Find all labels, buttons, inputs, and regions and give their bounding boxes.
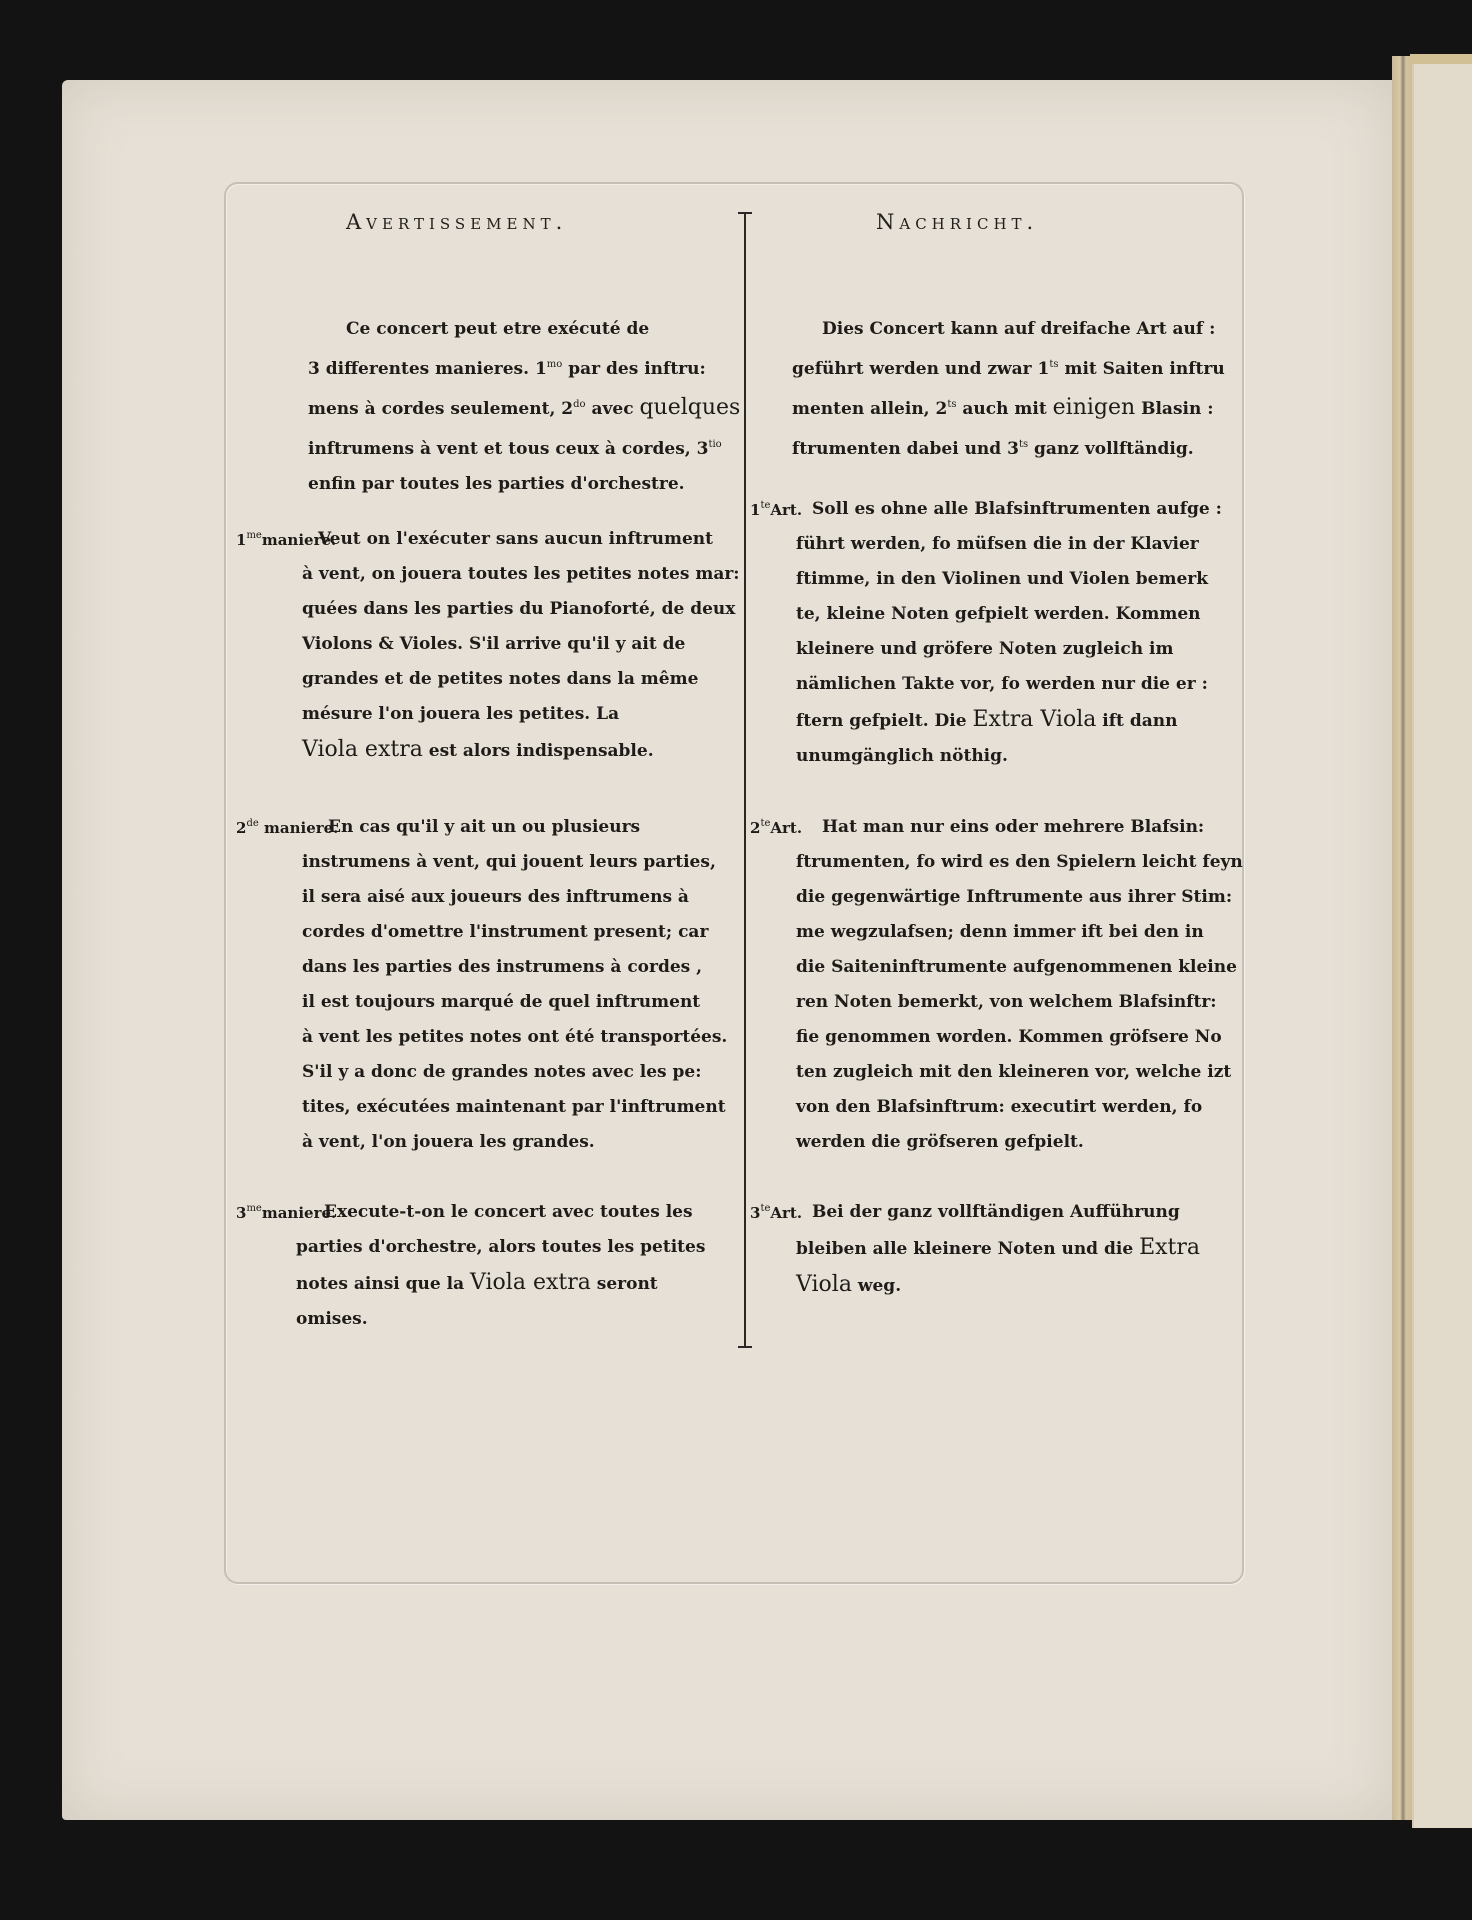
german-section-1: 1teArt. Soll es ohne alle Blafsinftrumen… — [750, 492, 1222, 774]
cover-top-edge — [1410, 54, 1472, 64]
section-marker: 2teArt. — [750, 818, 802, 837]
book-spine — [1392, 56, 1412, 1820]
german-section-2: 2teArt. Hat man nur eins oder mehrere Bl… — [750, 810, 1243, 1160]
french-intro: Ce concert peut etre exécuté de 3 differ… — [308, 312, 728, 502]
french-heading: Avertissement. — [346, 210, 567, 234]
french-section-2: 2de maniere. En cas qu'il y ait un ou pl… — [236, 810, 727, 1160]
german-heading: Nachricht. — [876, 210, 1038, 234]
section-marker: 1teArt. — [750, 500, 802, 519]
french-section-3: 3memaniere. Execute-t-on le concert avec… — [236, 1195, 705, 1337]
column-divider — [744, 212, 746, 1348]
german-section-3: 3teArt. Bei der ganz vollftändigen Auffü… — [750, 1195, 1200, 1304]
french-section-1: 1memaniere. Veut on l'exécuter sans aucu… — [236, 522, 740, 769]
book-cover-edge — [1412, 54, 1472, 1828]
section-marker: 3teArt. — [750, 1203, 802, 1222]
section-marker: 3memaniere. — [236, 1203, 336, 1222]
section-marker: 2de maniere. — [236, 818, 338, 837]
german-intro: Dies Concert kann auf dreifache Art auf … — [792, 312, 1242, 467]
